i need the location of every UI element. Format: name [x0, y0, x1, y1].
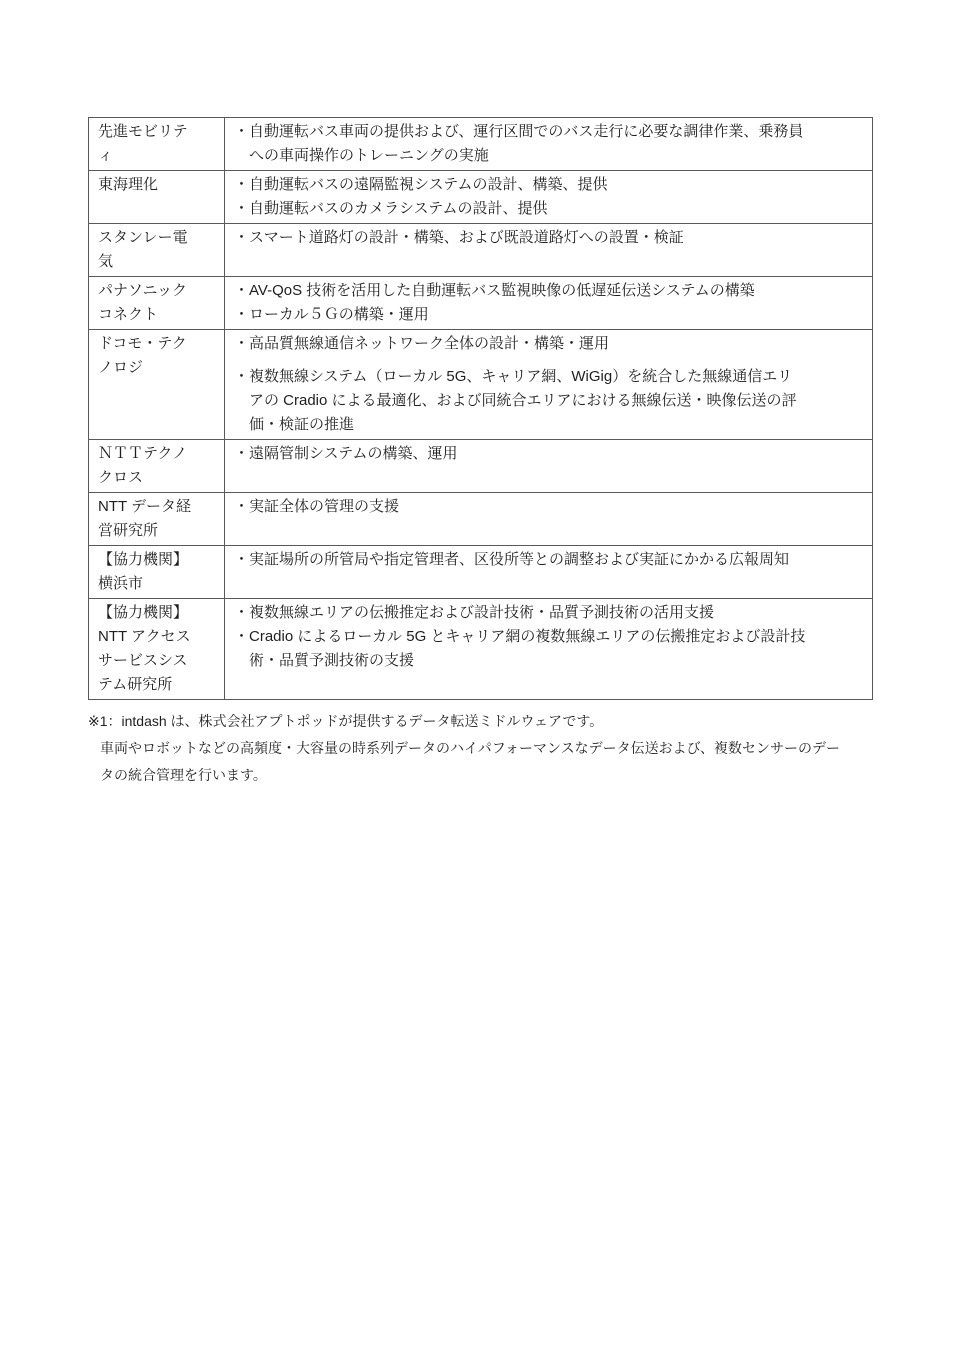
desc-cell: ・複数無線エリアの伝搬推定および設計技術・品質予測技術の活用支援 ・Cradio…	[225, 599, 873, 700]
bullet-item: ・ローカル５Ｇの構築・運用	[234, 303, 864, 327]
org-cell: ドコモ・テク ノロジ	[89, 330, 225, 440]
org-cell: 先進モビリテ ィ	[89, 118, 225, 171]
table-row: 先進モビリテ ィ ・自動運転バス車両の提供および、運行区間でのバス走行に必要な調…	[89, 118, 873, 171]
bullet-item: ・Cradio によるローカル 5G とキャリア網の複数無線エリアの伝搬推定およ…	[234, 625, 864, 673]
footnote-marker-line: ※1：intdash は、株式会社アプトポッドが提供するデータ転送ミドルウェアで…	[88, 708, 878, 735]
desc-cell: ・実証全体の管理の支援	[225, 493, 873, 546]
desc-cell: ・遠隔管制システムの構築、運用	[225, 440, 873, 493]
bullet-item: ・複数無線エリアの伝搬推定および設計技術・品質予測技術の活用支援	[234, 601, 864, 625]
desc-cell: ・実証場所の所管局や指定管理者、区役所等との調整および実証にかかる広報周知	[225, 546, 873, 599]
roles-table: 先進モビリテ ィ ・自動運転バス車両の提供および、運行区間でのバス走行に必要な調…	[88, 117, 873, 700]
table-row: ＮＴＴテクノ クロス ・遠隔管制システムの構築、運用	[89, 440, 873, 493]
table-row: 東海理化 ・自動運転バスの遠隔監視システムの設計、構築、提供 ・自動運転バスのカ…	[89, 171, 873, 224]
bullet-item: ・実証場所の所管局や指定管理者、区役所等との調整および実証にかかる広報周知	[234, 548, 864, 572]
document-page: 先進モビリテ ィ ・自動運転バス車両の提供および、運行区間でのバス走行に必要な調…	[0, 0, 954, 1350]
bullet-item: ・自動運転バスの遠隔監視システムの設計、構築、提供	[234, 173, 864, 197]
org-cell: 【協力機関】 横浜市	[89, 546, 225, 599]
bullet-item: ・自動運転バス車両の提供および、運行区間でのバス走行に必要な調律作業、乗務員 へ…	[234, 120, 864, 168]
desc-cell: ・自動運転バスの遠隔監視システムの設計、構築、提供 ・自動運転バスのカメラシステ…	[225, 171, 873, 224]
bullet-item: ・AV-QoS 技術を活用した自動運転バス監視映像の低遅延伝送システムの構築	[234, 279, 864, 303]
table-row: スタンレー電 気 ・スマート道路灯の設計・構築、および既設道路灯への設置・検証	[89, 224, 873, 277]
table-row: 【協力機関】 NTT アクセス サービスシス テム研究所 ・複数無線エリアの伝搬…	[89, 599, 873, 700]
org-cell: 東海理化	[89, 171, 225, 224]
bullet-item: ・高品質無線通信ネットワーク全体の設計・構築・運用	[234, 332, 864, 356]
footnote-body: 車両やロボットなどの高頻度・大容量の時系列データのハイパフォーマンスなデータ伝送…	[100, 735, 878, 789]
table-row: 【協力機関】 横浜市 ・実証場所の所管局や指定管理者、区役所等との調整および実証…	[89, 546, 873, 599]
org-cell: ＮＴＴテクノ クロス	[89, 440, 225, 493]
footnote: ※1：intdash は、株式会社アプトポッドが提供するデータ転送ミドルウェアで…	[88, 708, 878, 789]
table-row: パナソニック コネクト ・AV-QoS 技術を活用した自動運転バス監視映像の低遅…	[89, 277, 873, 330]
org-cell: パナソニック コネクト	[89, 277, 225, 330]
table-row: ドコモ・テク ノロジ ・高品質無線通信ネットワーク全体の設計・構築・運用 ・複数…	[89, 330, 873, 440]
bullet-item: ・スマート道路灯の設計・構築、および既設道路灯への設置・検証	[234, 226, 864, 250]
desc-cell: ・AV-QoS 技術を活用した自動運転バス監視映像の低遅延伝送システムの構築 ・…	[225, 277, 873, 330]
desc-cell: ・高品質無線通信ネットワーク全体の設計・構築・運用 ・複数無線システム（ローカル…	[225, 330, 873, 440]
org-cell: 【協力機関】 NTT アクセス サービスシス テム研究所	[89, 599, 225, 700]
bullet-item: ・実証全体の管理の支援	[234, 495, 864, 519]
org-cell: NTT データ経 営研究所	[89, 493, 225, 546]
desc-cell: ・スマート道路灯の設計・構築、および既設道路灯への設置・検証	[225, 224, 873, 277]
desc-cell: ・自動運転バス車両の提供および、運行区間でのバス走行に必要な調律作業、乗務員 へ…	[225, 118, 873, 171]
bullet-item: ・自動運転バスのカメラシステムの設計、提供	[234, 197, 864, 221]
table-row: NTT データ経 営研究所 ・実証全体の管理の支援	[89, 493, 873, 546]
bullet-item: ・遠隔管制システムの構築、運用	[234, 442, 864, 466]
bullet-item: ・複数無線システム（ローカル 5G、キャリア網、WiGig）を統合した無線通信エ…	[234, 365, 864, 437]
org-cell: スタンレー電 気	[89, 224, 225, 277]
